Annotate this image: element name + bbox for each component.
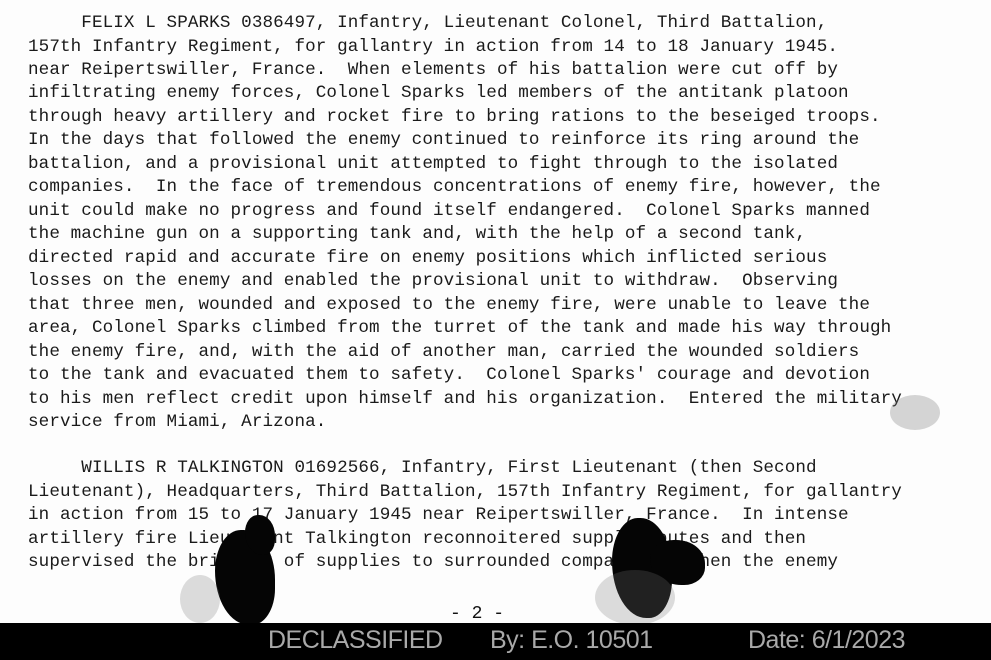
text-line: supervised the bringing of supplies to s… xyxy=(28,551,838,574)
text-line: battalion, and a provisional unit attemp… xyxy=(28,153,838,176)
text-line: in action from 15 to 17 January 1945 nea… xyxy=(28,504,849,527)
text-line: directed rapid and accurate fire on enem… xyxy=(28,247,827,270)
text-line: through heavy artillery and rocket fire … xyxy=(28,106,881,129)
text-line: FELIX L SPARKS 0386497, Infantry, Lieute… xyxy=(28,12,827,35)
text-line: that three men, wounded and exposed to t… xyxy=(28,294,870,317)
smudge xyxy=(595,570,675,625)
text-line: WILLIS R TALKINGTON 01692566, Infantry, … xyxy=(28,457,817,480)
smudge xyxy=(890,395,940,430)
text-line: near Reipertswiller, France. When elemen… xyxy=(28,59,838,82)
text-line: to his men reflect credit upon himself a… xyxy=(28,388,902,411)
text-line: to the tank and evacuated them to safety… xyxy=(28,364,870,387)
text-line: area, Colonel Sparks climbed from the tu… xyxy=(28,317,891,340)
date-label: Date: 6/1/2023 xyxy=(748,626,905,655)
text-line: infiltrating enemy forces, Colonel Spark… xyxy=(28,82,849,105)
declassified-label: DECLASSIFIED xyxy=(268,626,443,655)
page-number: - 2 - xyxy=(450,604,504,624)
text-line: the machine gun on a supporting tank and… xyxy=(28,223,806,246)
smudge xyxy=(180,575,220,623)
text-line: service from Miami, Arizona. xyxy=(28,411,326,434)
declassification-footer: DECLASSIFIED By: E.O. 10501 Date: 6/1/20… xyxy=(0,623,991,660)
text-line: unit could make no progress and found it… xyxy=(28,200,870,223)
text-line: Lieutenant), Headquarters, Third Battali… xyxy=(28,481,902,504)
text-line: 157th Infantry Regiment, for gallantry i… xyxy=(28,36,838,59)
text-line: companies. In the face of tremendous con… xyxy=(28,176,881,199)
text-line: the enemy fire, and, with the aid of ano… xyxy=(28,341,859,364)
document-page: FELIX L SPARKS 0386497, Infantry, Lieute… xyxy=(0,0,991,628)
text-line: In the days that followed the enemy cont… xyxy=(28,129,859,152)
authority-label: By: E.O. 10501 xyxy=(490,626,653,655)
text-line: losses on the enemy and enabled the prov… xyxy=(28,270,838,293)
